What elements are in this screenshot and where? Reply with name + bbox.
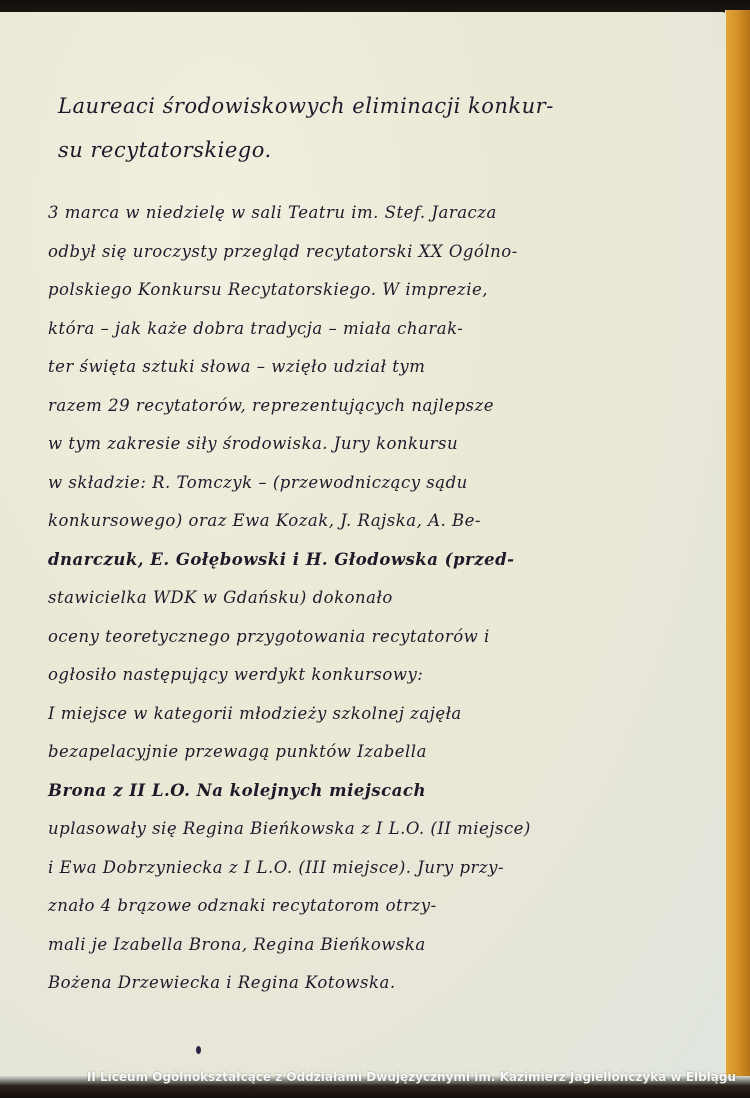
text-line: razem 29 recytatorów, reprezentujących n…	[48, 387, 718, 426]
text-line: odbył się uroczysty przegląd recytatorsk…	[48, 233, 718, 272]
watermark-caption: II Liceum Ogólnokształcące z Oddziałami …	[87, 1070, 736, 1084]
text-line: mali je Izabella Brona, Regina Bieńkowsk…	[48, 926, 718, 965]
text-line: stawicielka WDK w Gdańsku) dokonało	[48, 579, 718, 618]
text-line: dnarczuk, E. Gołębowski i H. Głodowska (…	[48, 541, 718, 580]
text-line: ogłosiło następujący werdykt konkursowy:	[48, 656, 718, 695]
text-line: ter święta sztuki słowa – wzięło udział …	[48, 348, 718, 387]
handwritten-text: Laureaci środowiskowych eliminacji konku…	[48, 84, 718, 1003]
text-line: w tym zakresie siły środowiska. Jury kon…	[48, 425, 718, 464]
ink-dot	[196, 1046, 201, 1054]
heading-line-1: Laureaci środowiskowych eliminacji konku…	[58, 84, 718, 128]
text-line: konkursowego) oraz Ewa Kozak, J. Rajska,…	[48, 502, 718, 541]
text-line: w składzie: R. Tomczyk – (przewodniczący…	[48, 464, 718, 503]
text-line: która – jak każe dobra tradycja – miała …	[48, 310, 718, 349]
notebook-page: Laureaci środowiskowych eliminacji konku…	[0, 12, 728, 1078]
text-line: i Ewa Dobrzyniecka z I L.O. (III miejsce…	[48, 849, 718, 888]
text-line: uplasowały się Regina Bieńkowska z I L.O…	[48, 810, 718, 849]
body-text: 3 marca w niedzielę w sali Teatru im. St…	[48, 194, 718, 1003]
text-line: Brona z II L.O. Na kolejnych miejscach	[48, 772, 718, 811]
text-line: znało 4 brązowe odznaki recytatorom otrz…	[48, 887, 718, 926]
text-line: polskiego Konkursu Recytatorskiego. W im…	[48, 271, 718, 310]
text-line: bezapelacyjnie przewagą punktów Izabella	[48, 733, 718, 772]
text-line: I miejsce w kategorii młodzieży szkolnej…	[48, 695, 718, 734]
page-edge-binding	[725, 10, 750, 1080]
text-line: oceny teoretycznego przygotowania recyta…	[48, 618, 718, 657]
text-line: 3 marca w niedzielę w sali Teatru im. St…	[48, 194, 718, 233]
text-line: Bożena Drzewiecka i Regina Kotowska.	[48, 964, 718, 1003]
heading-line-2: su recytatorskiego.	[58, 128, 718, 172]
